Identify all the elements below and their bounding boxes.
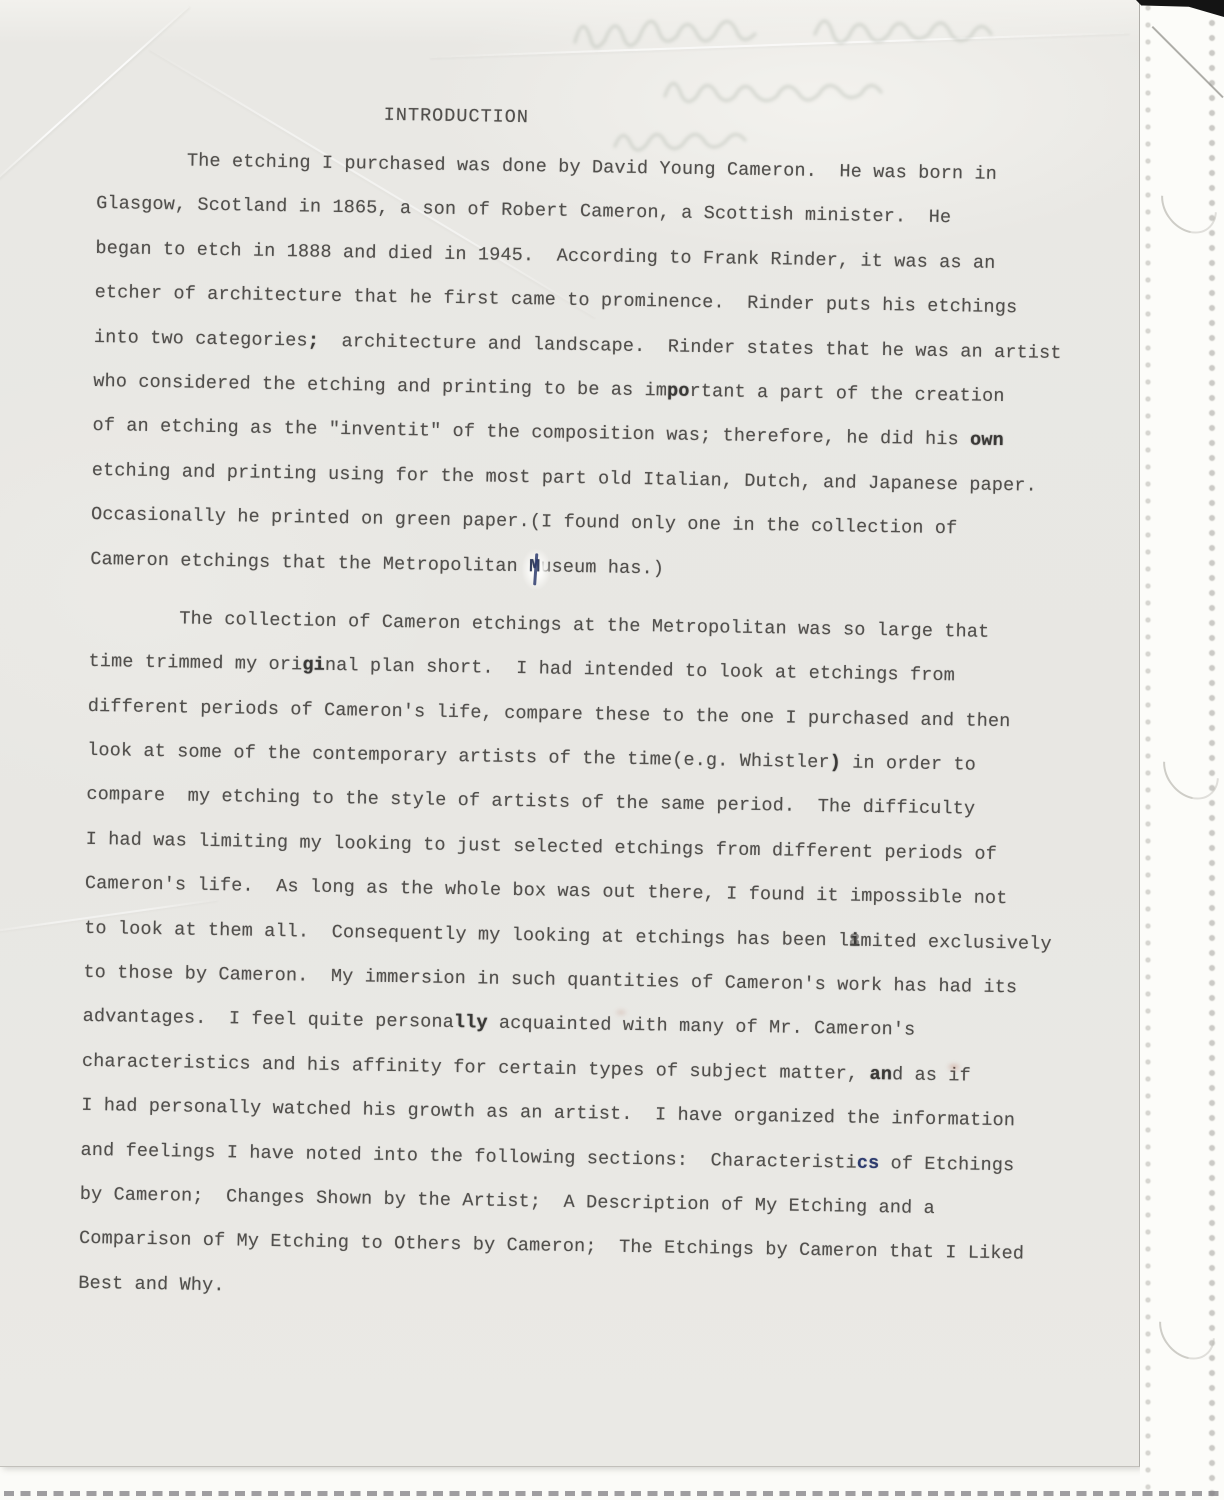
- typed-text-segment: in order to: [841, 752, 976, 775]
- typed-text-segment: useum has.): [540, 556, 664, 579]
- typed-text-segment: I had personally watched his growth as a…: [81, 1095, 1015, 1131]
- typed-text: INTRODUCTION The etching I purchased was…: [78, 96, 1108, 1323]
- ink-smudge: [946, 1062, 962, 1072]
- overstruck-text: M: [529, 556, 541, 577]
- ink-smudge: [614, 1008, 628, 1017]
- typed-text-segment: rtant a part of the creation: [689, 381, 1004, 407]
- typed-text-segment: and feelings I have noted into the follo…: [80, 1139, 857, 1173]
- stitch-dashes-bottom: [4, 1491, 1224, 1496]
- typed-text-segment: advantages. I feel quite persona: [83, 1006, 455, 1033]
- typed-text-segment: different periods of Cameron's life, com…: [88, 696, 1011, 732]
- overstruck-text: own: [970, 430, 1004, 452]
- overstruck-text: ): [829, 752, 841, 773]
- sleeve-stitch-column: [1142, 0, 1155, 1500]
- typed-text-segment: who considered the etching and printing …: [93, 371, 667, 402]
- typed-text-segment: etching and printing using for the most …: [92, 460, 1037, 497]
- typed-text-segment: into two categories: [94, 327, 308, 352]
- overstruck-text: gi: [302, 655, 325, 676]
- typed-text-segment: Occasionally he printed on green paper.(…: [91, 504, 958, 539]
- typed-text-segment: The collection of Cameron etchings at th…: [179, 608, 989, 642]
- typed-text-segment: look at some of the contemporary artists…: [87, 740, 830, 773]
- typed-text-segment: of Etchings: [879, 1153, 1014, 1176]
- typed-text-segment: to look at them all. Consequently my loo…: [84, 918, 849, 952]
- typed-text-segment: began to etch in 1888 and died in 1945. …: [95, 238, 995, 274]
- overstruck-text: ;: [308, 330, 320, 351]
- typed-text-segment: architecture and landscape. Rinder state…: [319, 330, 1062, 363]
- typed-text-segment: Comparison of My Etching to Others by Ca…: [79, 1228, 1024, 1265]
- paragraph: The collection of Cameron etchings at th…: [78, 596, 1100, 1323]
- typed-text-segment: by Cameron; Changes Shown by the Artist;…: [80, 1184, 935, 1219]
- typed-text-segment: nal plan short. I had intended to look a…: [325, 655, 955, 686]
- typed-text-segment: acquainted with many of Mr. Cameron's: [488, 1013, 916, 1041]
- typed-text-segment: Cameron etchings that the Metropolitan: [90, 548, 529, 576]
- typed-text-segment: Cameron's life. As long as the whole box…: [85, 873, 1008, 909]
- typed-text-segment: I had was limiting my looking to just se…: [86, 829, 998, 865]
- typed-text-segment: to those by Cameron. My immersion in suc…: [83, 962, 1017, 998]
- typed-text-segment: etcher of architecture that he first cam…: [95, 282, 1018, 318]
- typed-page: INTRODUCTION The etching I purchased was…: [0, 0, 1140, 1467]
- typed-text-segment: characteristics and his affinity for cer…: [82, 1051, 870, 1085]
- typed-text-segment: time trimmed my ori: [88, 651, 302, 676]
- typed-text-segment: of an etching as the "inventit" of the c…: [92, 415, 970, 451]
- overstruck-text: po: [667, 380, 690, 401]
- overstruck-text: an: [869, 1064, 892, 1085]
- paragraph: The etching I purchased was done by Davi…: [90, 138, 1107, 599]
- typed-text-segment: Best and Why.: [78, 1273, 225, 1296]
- overstruck-text: 8: [849, 919, 850, 963]
- typed-text-segment: The etching I purchased was done by Davi…: [187, 150, 997, 184]
- typed-text-segment: Glasgow, Scotland in 1865, a son of Robe…: [96, 193, 951, 228]
- typed-text-segment: compare my etching to the style of artis…: [86, 784, 975, 820]
- overstruck-text: cs: [857, 1152, 880, 1173]
- typed-paragraphs: The etching I purchased was done by Davi…: [78, 138, 1107, 1323]
- overstruck-text: lly: [454, 1012, 488, 1034]
- typed-text-segment: mited exclusively: [860, 930, 1052, 954]
